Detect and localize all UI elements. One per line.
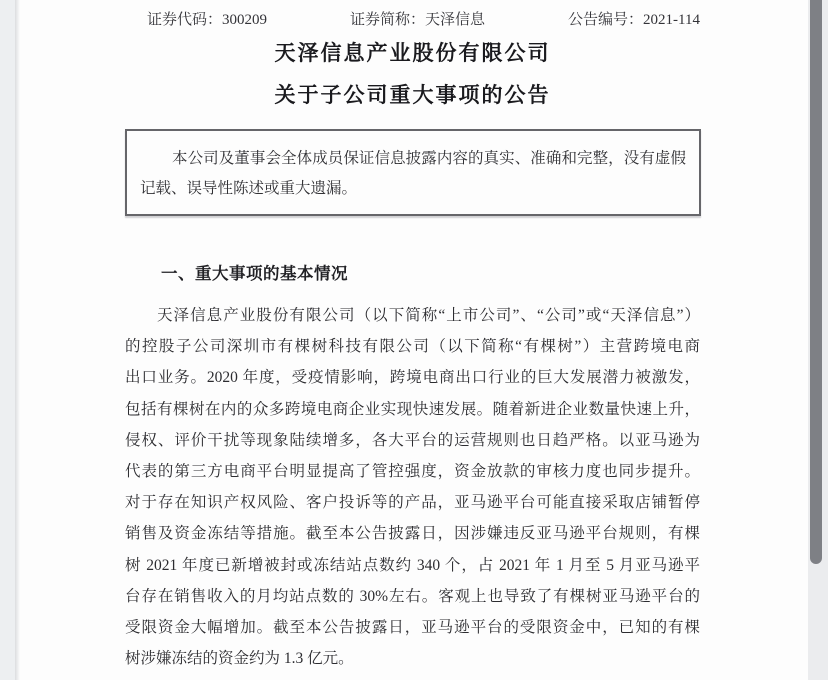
announcement-number-label: 公告编号： — [568, 12, 643, 28]
scrollbar-track[interactable] — [808, 0, 828, 680]
section-heading: 一、重大事项的基本情况 — [125, 260, 700, 284]
stock-code-value: 300209 — [222, 12, 267, 28]
paragraph-line: 受限资金大幅增加。截至本公告披露日，亚马逊平台的受限资金中，已知的有棵 — [125, 612, 700, 643]
section-paragraph: 天泽信息产业股份有限公司（以下简称“上市公司”、“公司”或“天泽信息”） 的控股… — [125, 300, 700, 674]
paragraph-line: 天泽信息产业股份有限公司（以下简称“上市公司”、“公司”或“天泽信息”） — [125, 300, 700, 331]
paragraph-line: 台存在销售收入的月均站点数的 30%左右。客观上也导致了有棵树亚马逊平台的 — [125, 581, 700, 612]
paragraph-line: 对于存在知识产权风险、客户投诉等的产品，亚马逊平台可能直接采取店铺暂停 — [125, 487, 700, 518]
paragraph-line: 侵权、评价干扰等现象陆续增多，各大平台的运营规则也日趋严格。以亚马逊为 — [125, 425, 700, 456]
stock-code: 证券代码：300209 — [147, 8, 267, 29]
paragraph-line: 销售及资金冻结等措施。截至本公告披露日，因涉嫌违反亚马逊平台规则，有棵 — [125, 518, 700, 549]
paragraph-line: 出口业务。2020 年度，受疫情影响，跨境电商出口行业的巨大发展潜力被激发， — [125, 362, 700, 393]
document-viewer: 证券代码：300209 证券简称：天泽信息 公告编号：2021-114 天泽信息… — [0, 0, 828, 680]
disclaimer-box: 本公司及董事会全体成员保证信息披露内容的真实、准确和完整，没有虚假 记载、误导性… — [125, 129, 701, 216]
announcement-number-value: 2021-114 — [643, 12, 700, 28]
disclaimer-line1: 本公司及董事会全体成员保证信息披露内容的真实、准确和完整，没有虚假 — [140, 144, 686, 174]
paragraph-line: 树 2021 年度已新增被封或冻结站点数约 340 个，占 2021 年 1 月… — [125, 550, 700, 581]
stock-name-label: 证券简称： — [350, 12, 425, 28]
announcement-number: 公告编号：2021-114 — [568, 8, 700, 29]
document-title-line1: 天泽信息产业股份有限公司 — [125, 37, 700, 67]
stock-name-value: 天泽信息 — [425, 12, 485, 28]
stock-code-label: 证券代码： — [147, 12, 222, 28]
disclaimer-line2: 记载、误导性陈述或重大遗漏。 — [140, 174, 686, 204]
paragraph-line: 包括有棵树在内的众多跨境电商企业实现快速发展。随着新进企业数量快速上升， — [125, 394, 700, 425]
page-left-margin — [0, 0, 15, 680]
paragraph-line: 的控股子公司深圳市有棵树科技有限公司（以下简称“有棵树”）主营跨境电商 — [125, 331, 700, 362]
document-header-row: 证券代码：300209 证券简称：天泽信息 公告编号：2021-114 — [125, 8, 700, 29]
stock-name: 证券简称：天泽信息 — [350, 8, 485, 29]
announcement-page: 证券代码：300209 证券简称：天泽信息 公告编号：2021-114 天泽信息… — [20, 0, 808, 680]
scrollbar-thumb[interactable] — [810, 0, 822, 564]
document-title-line2: 关于子公司重大事项的公告 — [125, 79, 700, 109]
paragraph-line: 树涉嫌冻结的资金约为 1.3 亿元。 — [125, 643, 700, 674]
paragraph-line: 代表的第三方电商平台明显提高了管控强度，资金放款的审核力度也同步提升。 — [125, 456, 700, 487]
